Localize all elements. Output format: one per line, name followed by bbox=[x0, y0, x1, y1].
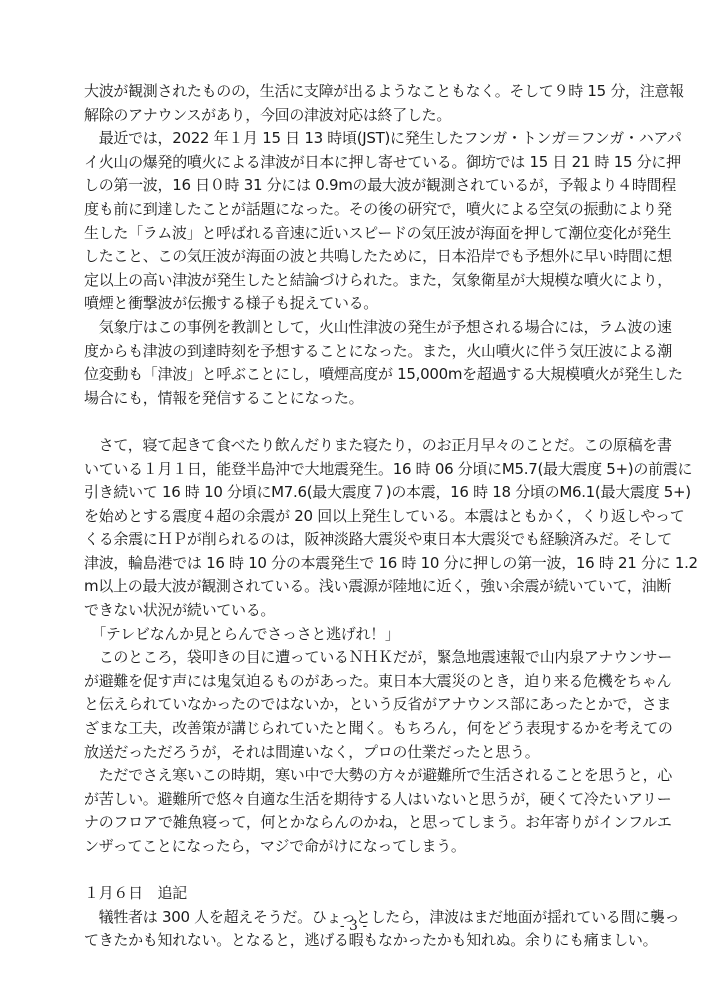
text-line: 場合にも，情報を発信することになった。 bbox=[84, 387, 624, 411]
text-line: さて，寝て起きて食べたり飲んだりまた寝たり，のお正月早々のことだ。この原稿を書 bbox=[84, 434, 624, 458]
text-line: 津波，輪島港では 16 時 10 分の本震発生で 16 時 10 分に押しの第一… bbox=[84, 552, 624, 576]
text-line: 気象庁はこの事例を教訓として，火山性津波の発生が予想される場合には，ラム波の速 bbox=[84, 316, 624, 340]
text-line: ンザってことになったら，マジで命がけになってしまう。 bbox=[84, 835, 624, 859]
text-line: ざまな工夫，改善策が講じられていたと聞く。もちろん，何をどう表現するかを考えての bbox=[84, 717, 624, 741]
text-line: 引き続いて 16 時 10 分頃にM7.6(最大震度７)の本震，16 時 18 … bbox=[84, 481, 624, 505]
text-line: しの第一波，16 日０時 31 分には 0.9mの最大波が観測されているが，予報… bbox=[84, 174, 624, 198]
postscript-heading: １月６日 追記 bbox=[84, 882, 624, 906]
text-line: 大波が観測されたものの，生活に支障が出るようなこともなく。そして９時 15 分，… bbox=[84, 80, 624, 104]
text-line: を始めとする震度４超の余震が 20 回以上発生している。本震はともかく，くり返し… bbox=[84, 505, 624, 529]
text-line: ナのフロアで雑魚寝って，何とかならんのかね，と思ってしまう。お年寄りがインフルエ bbox=[84, 811, 624, 835]
text-line: が苦しい。避難所で悠々自適な生活を期待する人はいないと思うが，硬くて冷たいアリー bbox=[84, 788, 624, 812]
text-line: が避難を促す声には鬼気迫るものがあった。東日本大震災のとき，迫り来る危機をちゃん bbox=[84, 670, 624, 694]
paragraph-quote: 「テレビなんか見とらんでさっさと逃げれ！」 bbox=[84, 623, 624, 647]
text-line: 放送だっただろうが，それは間違いなく，プロの仕業だったと思う。 bbox=[84, 741, 624, 765]
page-number: - 3 - bbox=[0, 918, 707, 934]
text-line: したこと、この気圧波が海面の波と共鳴したために，日本沿岸でも予想外に早い時間に想 bbox=[84, 245, 624, 269]
text-line: ただでさえ寒いこの時期，寒い中で大勢の方々が避難所で生活されることを思うと，心 bbox=[84, 764, 624, 788]
paragraph-nhk: このところ，袋叩きの目に遭っているＮＨＫだが，緊急地震速報で山内泉アナウンサー … bbox=[84, 646, 624, 764]
text-line: 位変動も「津波」と呼ぶことにし，噴煙高度が 15,000mを超過する大規模噴火が… bbox=[84, 363, 624, 387]
document-body: 大波が観測されたものの，生活に支障が出るようなこともなく。そして９時 15 分，… bbox=[84, 80, 624, 953]
blank-line bbox=[84, 410, 624, 434]
text-line: このところ，袋叩きの目に遭っているＮＨＫだが，緊急地震速報で山内泉アナウンサー bbox=[84, 646, 624, 670]
text-line: m以上の最大波が観測されている。浅い震源が陸地に近く，強い余震が続いていて，油断 bbox=[84, 575, 624, 599]
paragraph-evacuation: ただでさえ寒いこの時期，寒い中で大勢の方々が避難所で生活されることを思うと，心 … bbox=[84, 764, 624, 858]
text-line: イ火山の爆発的噴火による津波が日本に押し寄せている。御坊では 15 日 21 時… bbox=[84, 151, 624, 175]
text-line: 定以上の高い津波が発生したと結論づけられた。また，気象衛星が大規模な噴火により， bbox=[84, 269, 624, 293]
text-line: 「テレビなんか見とらんでさっさと逃げれ！」 bbox=[84, 623, 624, 647]
paragraph-hunga-tonga: 最近では，2022 年１月 15 日 13 時頃(JST)に発生したフンガ・トン… bbox=[84, 127, 624, 316]
paragraph-jma-policy: 気象庁はこの事例を教訓として，火山性津波の発生が予想される場合には，ラム波の速 … bbox=[84, 316, 624, 410]
text-line: できない状況が続いている。 bbox=[84, 599, 624, 623]
text-line: と伝えられていなかったのではないか，という反省がアナウンス部にあったとかで，さま bbox=[84, 693, 624, 717]
text-line: 噴煙と衝撃波が伝搬する様子も捉えている。 bbox=[84, 292, 624, 316]
text-line: 最近では，2022 年１月 15 日 13 時頃(JST)に発生したフンガ・トン… bbox=[84, 127, 624, 151]
blank-line bbox=[84, 859, 624, 883]
paragraph-noto-earthquake: さて，寝て起きて食べたり飲んだりまた寝たり，のお正月早々のことだ。この原稿を書 … bbox=[84, 434, 624, 623]
paragraph-continuation: 大波が観測されたものの，生活に支障が出るようなこともなく。そして９時 15 分，… bbox=[84, 80, 624, 127]
text-line: くる余震にＨＰが削られるのは，阪神淡路大震災や東日本大震災でも経験済みだ。そして bbox=[84, 528, 624, 552]
text-line: 生した「ラム波」と呼ばれる音速に近いスピードの気圧波が海面を押して潮位変化が発生 bbox=[84, 222, 624, 246]
heading-line: １月６日 追記 bbox=[84, 882, 624, 906]
text-line: 解除のアナウンスがあり，今回の津波対応は終了した。 bbox=[84, 104, 624, 128]
text-line: いている１月１日，能登半島沖で大地震発生。16 時 06 分頃にM5.7(最大震… bbox=[84, 458, 624, 482]
text-line: 度も前に到達したことが話題になった。その後の研究で，噴火による空気の振動により発 bbox=[84, 198, 624, 222]
text-line: 度からも津波の到達時刻を予想することになった。また，火山噴火に伴う気圧波による潮 bbox=[84, 340, 624, 364]
